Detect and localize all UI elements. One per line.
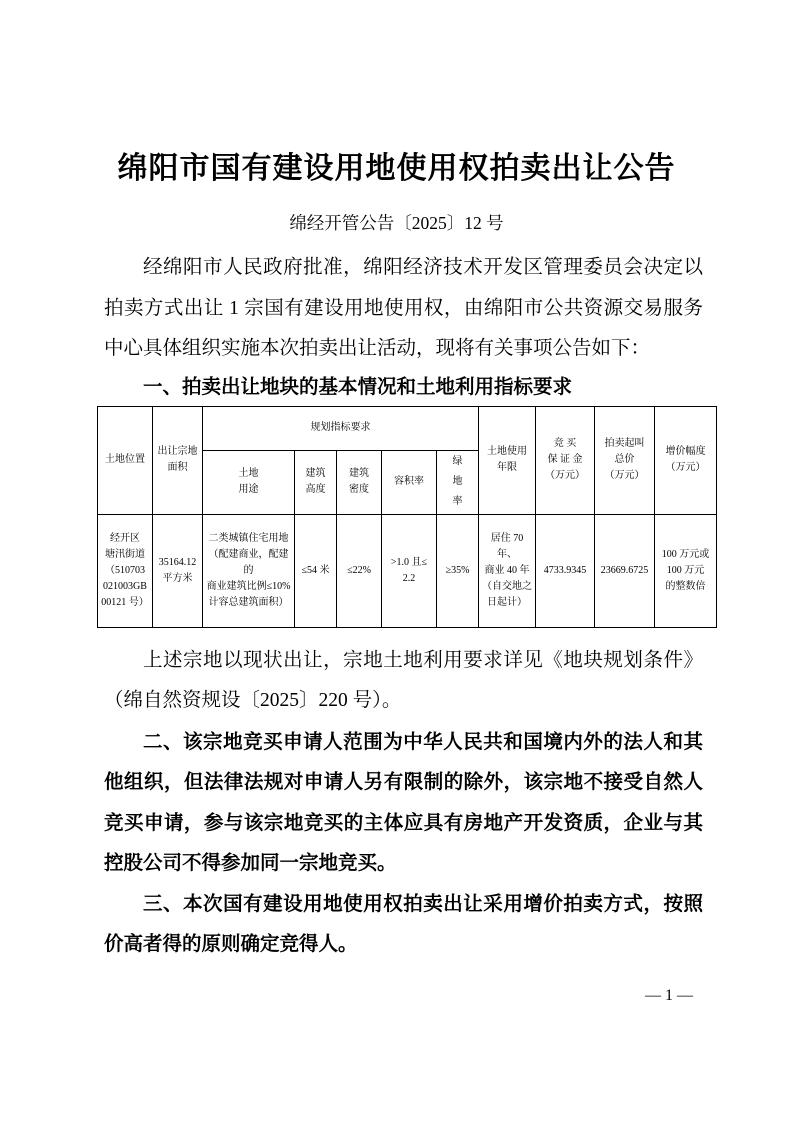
cell-auction-starting-price: 23669.6725 <box>595 514 655 627</box>
th-land-use: 土地 用途 <box>203 450 295 514</box>
cell-bid-deposit: 4733.9345 <box>536 514 595 627</box>
cell-building-density: ≤22% <box>337 514 382 627</box>
th-plot-ratio: 容积率 <box>382 450 437 514</box>
paragraph-intro: 经绵阳市人民政府批准，绵阳经济技术开发区管理委员会决定以拍卖方式出让 1 宗国有… <box>104 248 703 370</box>
cell-price-increment: 100 万元或 100 万元 的整数倍 <box>655 514 717 627</box>
cell-plot-ratio: >1.0 且≤ 2.2 <box>382 514 437 627</box>
th-green-space-rate: 绿地率 <box>437 450 479 514</box>
th-price-increment: 增价幅度 （万元） <box>655 406 717 514</box>
th-green-space-rate-label: 绿地率 <box>452 452 463 512</box>
document-title: 绵阳市国有建设用地使用权拍卖出让公告 <box>0 0 793 192</box>
th-bid-deposit: 竞 买 保 证 金 （万元） <box>536 406 595 514</box>
page-number: — 1 — <box>0 985 693 1007</box>
th-auction-starting-price: 拍卖起叫 总价 （万元） <box>595 406 655 514</box>
document-page: 绵阳市国有建设用地使用权拍卖出让公告 绵经开管公告〔2025〕12 号 经绵阳市… <box>0 0 793 1122</box>
cell-building-height: ≤54 米 <box>295 514 337 627</box>
cell-land-location: 经开区 塘汛街道 （510703 021003GB 00121 号） <box>98 514 153 627</box>
cell-land-use: 二类城镇住宅用地 （配建商业，配建的 商业建筑比例≤10% 计容总建筑面积） <box>203 514 295 627</box>
paragraph-section-3: 三、本次国有建设用地使用权拍卖出让采用增价拍卖方式，按照价高者得的原则确定竞得人… <box>104 884 703 965</box>
th-parcel-area: 出让宗地 面积 <box>153 406 203 514</box>
cell-green-space-rate: ≥35% <box>437 514 479 627</box>
table-header-row-1: 土地位置 出让宗地 面积 规划指标要求 土地使用 年限 竞 买 保 证 金 （万… <box>98 406 717 450</box>
th-planning-requirements: 规划指标要求 <box>203 406 479 450</box>
document-body-lower: 上述宗地以现状出让，宗地土地利用要求详见《地块规划条件》（绵自然资规设〔2025… <box>104 641 703 965</box>
land-auction-table: 土地位置 出让宗地 面积 规划指标要求 土地使用 年限 竞 买 保 证 金 （万… <box>97 406 717 628</box>
section-1-heading: 一、拍卖出让地块的基本情况和土地利用指标要求 <box>104 370 703 404</box>
cell-parcel-area: 35164.12 平方米 <box>153 514 203 627</box>
paragraph-after-table: 上述宗地以现状出让，宗地土地利用要求详见《地块规划条件》（绵自然资规设〔2025… <box>104 641 703 722</box>
th-building-density: 建筑 密度 <box>337 450 382 514</box>
table-data-row: 经开区 塘汛街道 （510703 021003GB 00121 号） 35164… <box>98 514 717 627</box>
th-land-location: 土地位置 <box>98 406 153 514</box>
paragraph-section-2: 二、该宗地竞买申请人范围为中华人民共和国境内外的法人和其他组织，但法律法规对申请… <box>104 722 703 884</box>
th-building-height: 建筑 高度 <box>295 450 337 514</box>
doc-number: 绵经开管公告〔2025〕12 号 <box>0 210 793 236</box>
cell-land-tenure: 居住 70 年、 商业 40 年 （自交地之 日起计） <box>479 514 536 627</box>
document-body: 经绵阳市人民政府批准，绵阳经济技术开发区管理委员会决定以拍卖方式出让 1 宗国有… <box>104 248 703 404</box>
th-land-tenure: 土地使用 年限 <box>479 406 536 514</box>
